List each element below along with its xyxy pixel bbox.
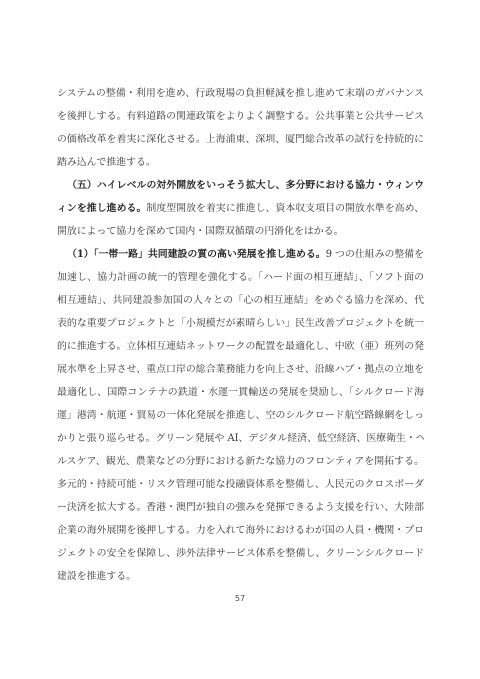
body-text: 踏み込んで推進する。 xyxy=(57,157,156,168)
text-line: 最適化し、国際コンテナの鉄道・水運一貫輸送の発展を奨励し、「シルクロード海 xyxy=(57,381,424,404)
text-line: システムの整備・利用を進め、行政現場の負担軽減を推し進めて末端のガバナンス xyxy=(57,82,424,105)
body-text: ー決済を拡大する。香港・澳門が独自の強みを発揮できるよう支援を行い、大陸部 xyxy=(57,502,424,513)
text-line: 表的な重要プロジェクトと「小規模だが素晴らしい」民生改善プロジェクトを統一 xyxy=(57,312,424,335)
text-line: 加速し、協力計画の統一的管理を強化する。「ハード面の相互連結」、「ソフト面の xyxy=(57,266,424,289)
text-line: 多元的・持続可能・リスク管理可能な投融資体系を整備し、人民元のクロスボーダ xyxy=(57,473,424,496)
subsection-heading-line: （1）「一帯一路」共同建設の質の高い発展を推し進める。9 つの仕組みの整備を xyxy=(57,243,424,266)
bold-text: （五）ハイレベルの対外開放をいっそう拡大し、多分野における協力・ウィンウ xyxy=(67,180,424,191)
body-text: 相互連結」、共同建設参加国の人々との「心の相互連結」をめぐる協力を深め、代 xyxy=(57,295,424,306)
body-text: の価格改革を着実に深化させる。上海浦東、深圳、厦門総合改革の試行を持続的に xyxy=(57,134,424,145)
document-page: システムの整備・利用を進め、行政現場の負担軽減を推し進めて末端のガバナンス を後… xyxy=(0,0,480,679)
body-text: かりと張り巡らせる。グリーン発展や AI、デジタル経済、低空経済、医療衛生・ヘ xyxy=(57,433,424,444)
text-line: 的に推進する。立体相互連結ネットワークの配置を最適化し、中欧（亜）班列の発 xyxy=(57,335,424,358)
section-heading-line: （五）ハイレベルの対外開放をいっそう拡大し、多分野における協力・ウィンウ xyxy=(57,174,424,197)
body-text: 表的な重要プロジェクトと「小規模だが素晴らしい」民生改善プロジェクトを統一 xyxy=(57,318,424,329)
body-text: 運」港湾・航運・貿易の一体化発展を推進し、空のシルクロード航空路線網をしっ xyxy=(57,410,424,421)
body-text: 9 つの仕組みの整備を xyxy=(326,249,424,260)
text-line: ィンを推し進める。制度型開放を着実に推進し、資本収支項目の開放水準を高め、 xyxy=(57,197,424,220)
body-text: 制度型開放を着実に推進し、資本収支項目の開放水準を高め、 xyxy=(146,203,424,214)
document-text-block: システムの整備・利用を進め、行政現場の負担軽減を推し進めて末端のガバナンス を後… xyxy=(57,82,424,588)
text-line: ジェクトの安全を保障し、渉外法律サービス体系を整備し、クリーンシルクロード xyxy=(57,542,424,565)
body-text: ジェクトの安全を保障し、渉外法律サービス体系を整備し、クリーンシルクロード xyxy=(57,548,424,559)
text-line-paragraph-end: 建設を推進する。 xyxy=(57,565,424,588)
text-line: 相互連結」、共同建設参加国の人々との「心の相互連結」をめぐる協力を深め、代 xyxy=(57,289,424,312)
body-text: 最適化し、国際コンテナの鉄道・水運一貫輸送の発展を奨励し、「シルクロード海 xyxy=(57,387,424,398)
text-line: 運」港湾・航運・貿易の一体化発展を推進し、空のシルクロード航空路線網をしっ xyxy=(57,404,424,427)
body-text: を後押しする。有料道路の関連政策をよりよく調整する。公共事業と公共サービス xyxy=(57,111,424,122)
body-text: 建設を推進する。 xyxy=(57,571,136,582)
text-line: ルスケア、観光、農業などの分野における新たな協力のフロンティアを開拓する。 xyxy=(57,450,424,473)
page-number: 57 xyxy=(0,594,480,603)
body-text: ルスケア、観光、農業などの分野における新たな協力のフロンティアを開拓する。 xyxy=(57,456,424,467)
body-text: 展水準を上昇させ、重点口岸の総合業務能力を向上させ、沿線ハブ・拠点の立地を xyxy=(57,364,424,375)
bold-text: ィンを推し進める。 xyxy=(57,203,146,214)
body-text: 加速し、協力計画の統一的管理を強化する。「ハード面の相互連結」、「ソフト面の xyxy=(57,272,424,283)
text-line: の価格改革を着実に深化させる。上海浦東、深圳、厦門総合改革の試行を持続的に xyxy=(57,128,424,151)
body-text: 的に推進する。立体相互連結ネットワークの配置を最適化し、中欧（亜）班列の発 xyxy=(57,341,424,352)
text-line-paragraph-end: 踏み込んで推進する。 xyxy=(57,151,424,174)
text-line: かりと張り巡らせる。グリーン発展や AI、デジタル経済、低空経済、医療衛生・ヘ xyxy=(57,427,424,450)
text-line: 展水準を上昇させ、重点口岸の総合業務能力を向上させ、沿線ハブ・拠点の立地を xyxy=(57,358,424,381)
body-text: 多元的・持続可能・リスク管理可能な投融資体系を整備し、人民元のクロスボーダ xyxy=(57,479,424,490)
body-text: システムの整備・利用を進め、行政現場の負担軽減を推し進めて末端のガバナンス xyxy=(57,88,424,99)
text-line: を後押しする。有料道路の関連政策をよりよく調整する。公共事業と公共サービス xyxy=(57,105,424,128)
text-line: 企業の海外展開を後押しする。力を入れて海外におけるわが国の人員・機関・プロ xyxy=(57,519,424,542)
body-text: 開放によって協力を深めて国内・国際双循環の円滑化をはかる。 xyxy=(57,226,343,237)
text-line-paragraph-end: 開放によって協力を深めて国内・国際双循環の円滑化をはかる。 xyxy=(57,220,424,243)
body-text: 企業の海外展開を後押しする。力を入れて海外におけるわが国の人員・機関・プロ xyxy=(57,525,424,536)
text-line: ー決済を拡大する。香港・澳門が独自の強みを発揮できるよう支援を行い、大陸部 xyxy=(57,496,424,519)
bold-text: （1）「一帯一路」共同建設の質の高い発展を推し進める。 xyxy=(67,249,326,260)
